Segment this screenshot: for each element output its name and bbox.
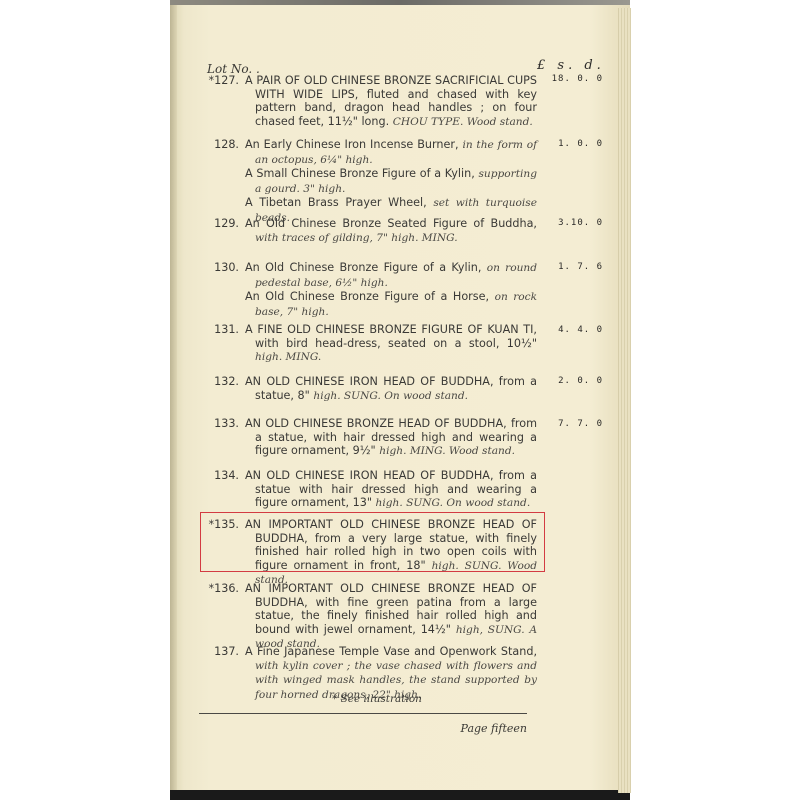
lot-number: *127.	[199, 74, 239, 88]
lot-item-line: A PAIR OF OLD CHINESE BRONZE SACRIFICIAL…	[245, 74, 537, 129]
hammer-price: 7. 7. 0	[543, 419, 603, 429]
lot-entry: *127.A PAIR OF OLD CHINESE BRONZE SACRIF…	[199, 74, 537, 129]
book-bottom-shadow	[170, 790, 630, 800]
lot-item-line: AN OLD CHINESE IRON HEAD OF BUDDHA, from…	[245, 375, 537, 403]
page-binding-edge	[170, 5, 177, 790]
catalogue-page: Lot No. . £ s. d. *127.A PAIR OF OLD CHI…	[177, 5, 617, 790]
lot-description: AN OLD CHINESE IRON HEAD OF BUDDHA, from…	[245, 469, 537, 511]
lot-description: AN OLD CHINESE IRON HEAD OF BUDDHA, from…	[245, 375, 537, 403]
lot-number: 128.	[199, 138, 239, 152]
hammer-price: 2. 0. 0	[543, 376, 603, 386]
illustration-footnote: * See illustration	[332, 693, 422, 705]
lot-entry: *136.AN IMPORTANT OLD CHINESE BRONZE HEA…	[199, 582, 537, 652]
hammer-price: 1. 0. 0	[543, 139, 603, 149]
footer-rule	[199, 713, 527, 714]
hammer-price: 1. 7. 6	[543, 262, 603, 272]
lot-description: An Early Chinese Iron Incense Burner, in…	[245, 138, 537, 226]
lot-item-line: AN IMPORTANT OLD CHINESE BRONZE HEAD OF …	[245, 582, 537, 652]
price-column-header: £ s. d.	[537, 58, 605, 73]
lot-number: *136.	[199, 582, 239, 596]
lot-item-line: An Early Chinese Iron Incense Burner, in…	[245, 138, 537, 167]
lot-item-line: An Old Chinese Bronze Figure of a Kylin,…	[245, 261, 537, 290]
lot-description: An Old Chinese Bronze Seated Figure of B…	[245, 217, 537, 245]
hammer-price: 3.10. 0	[543, 218, 603, 228]
lot-item-line: A Small Chinese Bronze Figure of a Kylin…	[245, 167, 537, 196]
hammer-price: 4. 4. 0	[543, 325, 603, 335]
lot-entry: 131.A FINE OLD CHINESE BRONZE FIGURE OF …	[199, 323, 537, 365]
lot-description: AN IMPORTANT OLD CHINESE BRONZE HEAD OF …	[245, 582, 537, 652]
page-content: Lot No. . £ s. d. *127.A PAIR OF OLD CHI…	[177, 5, 617, 790]
lot-entry: 133.AN OLD CHINESE BRONZE HEAD OF BUDDHA…	[199, 417, 537, 459]
lot-description: A PAIR OF OLD CHINESE BRONZE SACRIFICIAL…	[245, 74, 537, 129]
highlighted-lot-box	[200, 512, 545, 572]
lot-number: 132.	[199, 375, 239, 389]
lot-entry: 128.An Early Chinese Iron Incense Burner…	[199, 138, 537, 226]
lot-number: 131.	[199, 323, 239, 337]
page-stack-edge	[618, 8, 631, 793]
lot-entry: 130.An Old Chinese Bronze Figure of a Ky…	[199, 261, 537, 319]
lot-number: 130.	[199, 261, 239, 275]
lot-entry: 132.AN OLD CHINESE IRON HEAD OF BUDDHA, …	[199, 375, 537, 403]
hammer-price: 18. 0. 0	[543, 74, 603, 84]
lot-description: An Old Chinese Bronze Figure of a Kylin,…	[245, 261, 537, 319]
lot-description: A FINE OLD CHINESE BRONZE FIGURE OF KUAN…	[245, 323, 537, 365]
lot-item-line: An Old Chinese Bronze Figure of a Horse,…	[245, 290, 537, 319]
lot-item-line: AN OLD CHINESE IRON HEAD OF BUDDHA, from…	[245, 469, 537, 511]
lot-number: 133.	[199, 417, 239, 431]
lot-item-line: AN OLD CHINESE BRONZE HEAD OF BUDDHA, fr…	[245, 417, 537, 459]
lot-item-line: An Old Chinese Bronze Seated Figure of B…	[245, 217, 537, 245]
lot-description: AN OLD CHINESE BRONZE HEAD OF BUDDHA, fr…	[245, 417, 537, 459]
lot-entry: 134.AN OLD CHINESE IRON HEAD OF BUDDHA, …	[199, 469, 537, 511]
page-number: Page fifteen	[445, 722, 527, 735]
lot-item-line: A FINE OLD CHINESE BRONZE FIGURE OF KUAN…	[245, 323, 537, 365]
lot-number: 137.	[199, 645, 239, 659]
lot-number: 129.	[199, 217, 239, 231]
lot-entry: 129.An Old Chinese Bronze Seated Figure …	[199, 217, 537, 245]
lot-number: 134.	[199, 469, 239, 483]
